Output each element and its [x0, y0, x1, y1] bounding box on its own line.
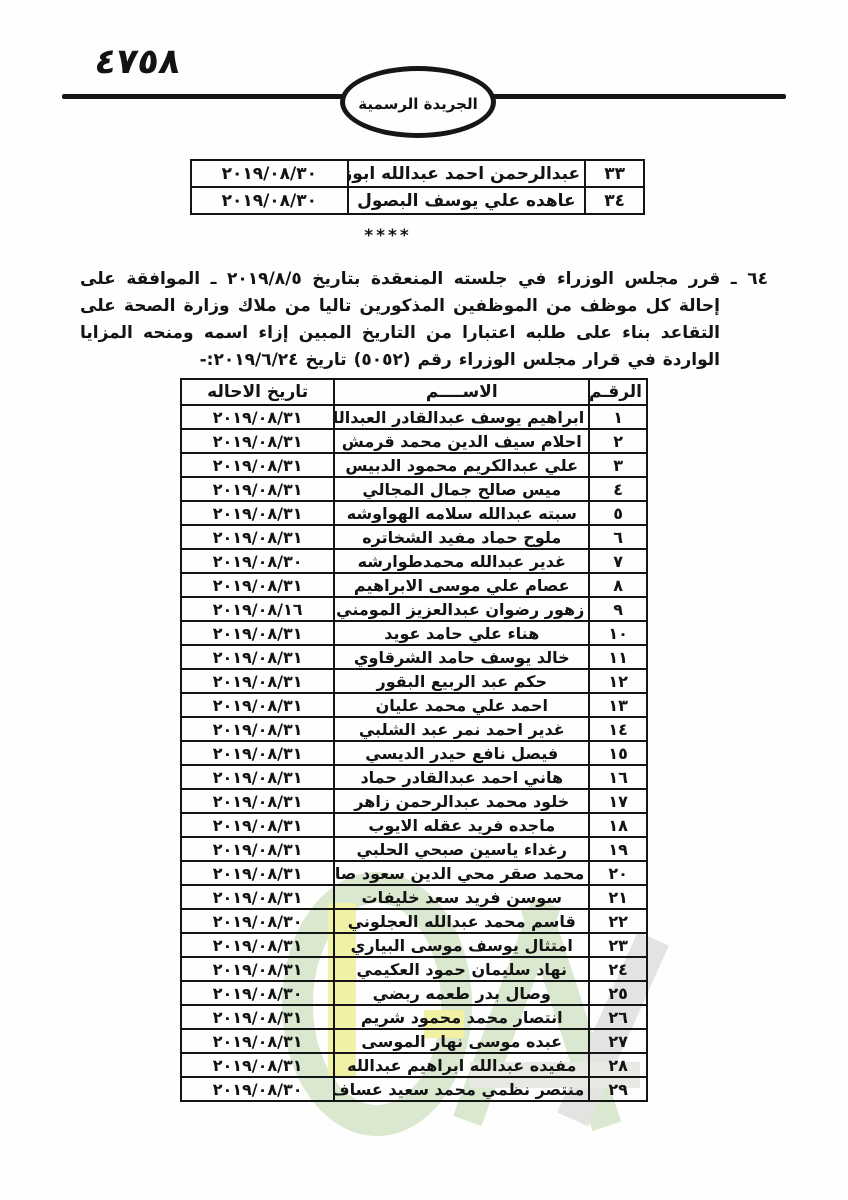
- header-date: تاريخ الاحاله: [181, 379, 334, 405]
- table-row: ٩ زهور رضوان عبدالعزيز المومني ٢٠١٩/٠٨/١…: [181, 597, 647, 621]
- row-name-cell: هناء علي حامد عويد: [334, 621, 589, 645]
- row-number-cell: ١٦: [589, 765, 647, 789]
- table-row: ٣ علي عبدالكريم محمود الدبيس ٢٠١٩/٠٨/٣١: [181, 453, 647, 477]
- row-number-cell: ١٣: [589, 693, 647, 717]
- row-date-cell: ٢٠١٩/٠٨/٣١: [181, 477, 334, 501]
- row-number-cell: ٣٣: [585, 160, 644, 187]
- table-row: ١٥ فيصل نافع حيدر الديسي ٢٠١٩/٠٨/٣١: [181, 741, 647, 765]
- row-name-cell: احمد علي محمد عليان: [334, 693, 589, 717]
- row-name-cell: خالد يوسف حامد الشرقاوي: [334, 645, 589, 669]
- row-name-cell: نهاد سليمان حمود العكيمي: [334, 957, 589, 981]
- table-row: ١٧ خلود محمد عبدالرحمن زاهر ٢٠١٩/٠٨/٣١: [181, 789, 647, 813]
- row-date-cell: ٢٠١٩/٠٨/٣١: [181, 789, 334, 813]
- row-date-cell: ٢٠١٩/٠٨/٣١: [181, 429, 334, 453]
- row-name-cell: عبدالرحمن احمد عبدالله ابوزيد: [348, 160, 586, 187]
- table-row: ٧ غدير عبدالله محمدطوارشه ٢٠١٩/٠٨/٣٠: [181, 549, 647, 573]
- table-row: ٢٦ انتصار محمد محمود شريم ٢٠١٩/٠٨/٣١: [181, 1005, 647, 1029]
- row-number-cell: ١: [589, 405, 647, 429]
- row-date-cell: ٢٠١٩/٠٨/٣١: [181, 813, 334, 837]
- table-row: ٢٩ منتصر نظمي محمد سعيد عساف ٢٠١٩/٠٨/٣٠: [181, 1077, 647, 1101]
- decision-paragraph: ٦٤ ـ قرر مجلس الوزراء في جلسته المنعقدة …: [80, 266, 768, 374]
- row-date-cell: ٢٠١٩/٠٨/٣١: [181, 1053, 334, 1077]
- row-number-cell: ٥: [589, 501, 647, 525]
- row-date-cell: ٢٠١٩/٠٨/٣١: [181, 933, 334, 957]
- table-row: ٥ سبته عبدالله سلامه الهواوشه ٢٠١٩/٠٨/٣١: [181, 501, 647, 525]
- row-name-cell: ماجده فريد عقله الايوب: [334, 813, 589, 837]
- referral-table: الرقـم الاســــم تاريخ الاحاله ١ ابراهيم…: [180, 378, 648, 1102]
- row-number-cell: ١٠: [589, 621, 647, 645]
- row-name-cell: مفيده عبدالله ابراهيم عبدالله: [334, 1053, 589, 1077]
- row-number-cell: ١٨: [589, 813, 647, 837]
- gazette-page: { "page": { "number_display": "٤٧٥٨" }, …: [0, 0, 848, 1200]
- table-row: ٨ عصام علي موسى الابراهيم ٢٠١٩/٠٨/٣١: [181, 573, 647, 597]
- row-date-cell: ٢٠١٩/٠٨/٣١: [181, 669, 334, 693]
- table-row: ٦ ملوح حماد مفيد الشخاتره ٢٠١٩/٠٨/٣١: [181, 525, 647, 549]
- carryover-table: ٣٣ عبدالرحمن احمد عبدالله ابوزيد ٢٠١٩/٠٨…: [190, 159, 645, 215]
- row-name-cell: عصام علي موسى الابراهيم: [334, 573, 589, 597]
- row-number-cell: ٣٤: [585, 187, 644, 214]
- row-date-cell: ٢٠١٩/٠٨/٣٠: [181, 549, 334, 573]
- row-name-cell: غدير عبدالله محمدطوارشه: [334, 549, 589, 573]
- row-name-cell: عاهده علي يوسف البصول: [348, 187, 586, 214]
- row-date-cell: ٢٠١٩/٠٨/٣٠: [181, 909, 334, 933]
- row-date-cell: ٢٠١٩/٠٨/٣١: [181, 573, 334, 597]
- table-row: ١٩ رغداء ياسين صبحي الحلبي ٢٠١٩/٠٨/٣١: [181, 837, 647, 861]
- row-date-cell: ٢٠١٩/٠٨/٣١: [181, 501, 334, 525]
- row-name-cell: سبته عبدالله سلامه الهواوشه: [334, 501, 589, 525]
- table-row: ٢٤ نهاد سليمان حمود العكيمي ٢٠١٩/٠٨/٣١: [181, 957, 647, 981]
- table-row: ٢٠ محمد صقر محي الدين سعود صالح ٢٠١٩/٠٨/…: [181, 861, 647, 885]
- header-name: الاســــم: [334, 379, 589, 405]
- row-name-cell: ميس صالح جمال المجالي: [334, 477, 589, 501]
- row-number-cell: ٢١: [589, 885, 647, 909]
- decision-item-number: ٦٤ ـ: [731, 269, 768, 289]
- row-number-cell: ٢٧: [589, 1029, 647, 1053]
- table-row: ٢٨ مفيده عبدالله ابراهيم عبدالله ٢٠١٩/٠٨…: [181, 1053, 647, 1077]
- row-number-cell: ٨: [589, 573, 647, 597]
- row-number-cell: ١٥: [589, 741, 647, 765]
- table-row: ١٣ احمد علي محمد عليان ٢٠١٩/٠٨/٣١: [181, 693, 647, 717]
- row-date-cell: ٢٠١٩/٠٨/٣١: [181, 957, 334, 981]
- gazette-badge-label: الجريدة الرسمية: [358, 95, 477, 113]
- page-number: ٤٧٥٨: [92, 42, 183, 82]
- table-row: ٢٣ امتثال يوسف موسى البياري ٢٠١٩/٠٨/٣١: [181, 933, 647, 957]
- carryover-table-body: ٣٣ عبدالرحمن احمد عبدالله ابوزيد ٢٠١٩/٠٨…: [191, 160, 644, 214]
- table-row: ١٤ غدير احمد نمر عبد الشلبي ٢٠١٩/٠٨/٣١: [181, 717, 647, 741]
- row-number-cell: ٧: [589, 549, 647, 573]
- table-row: ١٢ حكم عبد الربيع البقور ٢٠١٩/٠٨/٣١: [181, 669, 647, 693]
- gazette-badge: الجريدة الرسمية: [340, 66, 496, 138]
- row-date-cell: ٢٠١٩/٠٨/٣١: [181, 693, 334, 717]
- table-row: ١ ابراهيم يوسف عبدالقادر العبداللات ٢٠١٩…: [181, 405, 647, 429]
- row-name-cell: هاني احمد عبدالقادر حماد: [334, 765, 589, 789]
- table-row: ٢٧ عبده موسى نهار الموسى ٢٠١٩/٠٨/٣١: [181, 1029, 647, 1053]
- row-name-cell: حكم عبد الربيع البقور: [334, 669, 589, 693]
- row-date-cell: ٢٠١٩/٠٨/٣١: [181, 765, 334, 789]
- row-date-cell: ٢٠١٩/٠٨/٣١: [181, 453, 334, 477]
- row-date-cell: ٢٠١٩/٠٨/٣٠: [191, 187, 348, 214]
- row-date-cell: ٢٠١٩/٠٨/٣١: [181, 885, 334, 909]
- table-row: ٣٤ عاهده علي يوسف البصول ٢٠١٩/٠٨/٣٠: [191, 187, 644, 214]
- row-date-cell: ٢٠١٩/٠٨/٣١: [181, 717, 334, 741]
- row-number-cell: ١٤: [589, 717, 647, 741]
- row-date-cell: ٢٠١٩/٠٨/٣١: [181, 405, 334, 429]
- table-row: ١٨ ماجده فريد عقله الايوب ٢٠١٩/٠٨/٣١: [181, 813, 647, 837]
- row-number-cell: ١٧: [589, 789, 647, 813]
- row-number-cell: ٣: [589, 453, 647, 477]
- row-number-cell: ٤: [589, 477, 647, 501]
- decision-text: قرر مجلس الوزراء في جلسته المنعقدة بتاري…: [80, 269, 720, 370]
- table-row: ١٦ هاني احمد عبدالقادر حماد ٢٠١٩/٠٨/٣١: [181, 765, 647, 789]
- row-name-cell: زهور رضوان عبدالعزيز المومني: [334, 597, 589, 621]
- table-row: ٤ ميس صالح جمال المجالي ٢٠١٩/٠٨/٣١: [181, 477, 647, 501]
- row-number-cell: ٢٩: [589, 1077, 647, 1101]
- row-date-cell: ٢٠١٩/٠٨/٣١: [181, 621, 334, 645]
- row-date-cell: ٢٠١٩/٠٨/٣١: [181, 1005, 334, 1029]
- row-date-cell: ٢٠١٩/٠٨/٣٠: [181, 1077, 334, 1101]
- referral-table-body: ١ ابراهيم يوسف عبدالقادر العبداللات ٢٠١٩…: [181, 405, 647, 1101]
- row-name-cell: امتثال يوسف موسى البياري: [334, 933, 589, 957]
- row-number-cell: ٢٦: [589, 1005, 647, 1029]
- section-separator: ****: [0, 226, 776, 246]
- row-name-cell: وصال بدر طعمه ربضي: [334, 981, 589, 1005]
- row-date-cell: ٢٠١٩/٠٨/٣١: [181, 645, 334, 669]
- row-number-cell: ٢٣: [589, 933, 647, 957]
- row-name-cell: فيصل نافع حيدر الديسي: [334, 741, 589, 765]
- row-date-cell: ٢٠١٩/٠٨/١٦: [181, 597, 334, 621]
- row-number-cell: ٩: [589, 597, 647, 621]
- row-number-cell: ٦: [589, 525, 647, 549]
- row-name-cell: قاسم محمد عبدالله العجلوني: [334, 909, 589, 933]
- table-row: ١٠ هناء علي حامد عويد ٢٠١٩/٠٨/٣١: [181, 621, 647, 645]
- referral-table-head: الرقـم الاســــم تاريخ الاحاله: [181, 379, 647, 405]
- table-row: ٢ احلام سيف الدين محمد قرمش ٢٠١٩/٠٨/٣١: [181, 429, 647, 453]
- row-date-cell: ٢٠١٩/٠٨/٣١: [181, 525, 334, 549]
- row-date-cell: ٢٠١٩/٠٨/٣١: [181, 837, 334, 861]
- table-row: ٢٥ وصال بدر طعمه ربضي ٢٠١٩/٠٨/٣٠: [181, 981, 647, 1005]
- row-number-cell: ٢: [589, 429, 647, 453]
- row-name-cell: خلود محمد عبدالرحمن زاهر: [334, 789, 589, 813]
- row-name-cell: غدير احمد نمر عبد الشلبي: [334, 717, 589, 741]
- row-number-cell: ٢٠: [589, 861, 647, 885]
- row-name-cell: عبده موسى نهار الموسى: [334, 1029, 589, 1053]
- row-name-cell: سوسن فريد سعد خليفات: [334, 885, 589, 909]
- row-name-cell: انتصار محمد محمود شريم: [334, 1005, 589, 1029]
- row-date-cell: ٢٠١٩/٠٨/٣٠: [181, 981, 334, 1005]
- row-name-cell: رغداء ياسين صبحي الحلبي: [334, 837, 589, 861]
- row-date-cell: ٢٠١٩/٠٨/٣١: [181, 741, 334, 765]
- row-date-cell: ٢٠١٩/٠٨/٣٠: [191, 160, 348, 187]
- row-number-cell: ١٩: [589, 837, 647, 861]
- row-name-cell: محمد صقر محي الدين سعود صالح: [334, 861, 589, 885]
- header-number: الرقـم: [589, 379, 647, 405]
- row-number-cell: ٢٤: [589, 957, 647, 981]
- row-name-cell: منتصر نظمي محمد سعيد عساف: [334, 1077, 589, 1101]
- row-name-cell: ابراهيم يوسف عبدالقادر العبداللات: [334, 405, 589, 429]
- row-number-cell: ٢٢: [589, 909, 647, 933]
- header-row: الرقـم الاســــم تاريخ الاحاله: [181, 379, 647, 405]
- row-name-cell: احلام سيف الدين محمد قرمش: [334, 429, 589, 453]
- row-number-cell: ٢٨: [589, 1053, 647, 1077]
- row-name-cell: علي عبدالكريم محمود الدبيس: [334, 453, 589, 477]
- row-date-cell: ٢٠١٩/٠٨/٣١: [181, 861, 334, 885]
- row-number-cell: ٢٥: [589, 981, 647, 1005]
- table-row: ٣٣ عبدالرحمن احمد عبدالله ابوزيد ٢٠١٩/٠٨…: [191, 160, 644, 187]
- row-name-cell: ملوح حماد مفيد الشخاتره: [334, 525, 589, 549]
- table-row: ١١ خالد يوسف حامد الشرقاوي ٢٠١٩/٠٨/٣١: [181, 645, 647, 669]
- row-number-cell: ١٢: [589, 669, 647, 693]
- table-row: ٢٢ قاسم محمد عبدالله العجلوني ٢٠١٩/٠٨/٣٠: [181, 909, 647, 933]
- row-date-cell: ٢٠١٩/٠٨/٣١: [181, 1029, 334, 1053]
- row-number-cell: ١١: [589, 645, 647, 669]
- table-row: ٢١ سوسن فريد سعد خليفات ٢٠١٩/٠٨/٣١: [181, 885, 647, 909]
